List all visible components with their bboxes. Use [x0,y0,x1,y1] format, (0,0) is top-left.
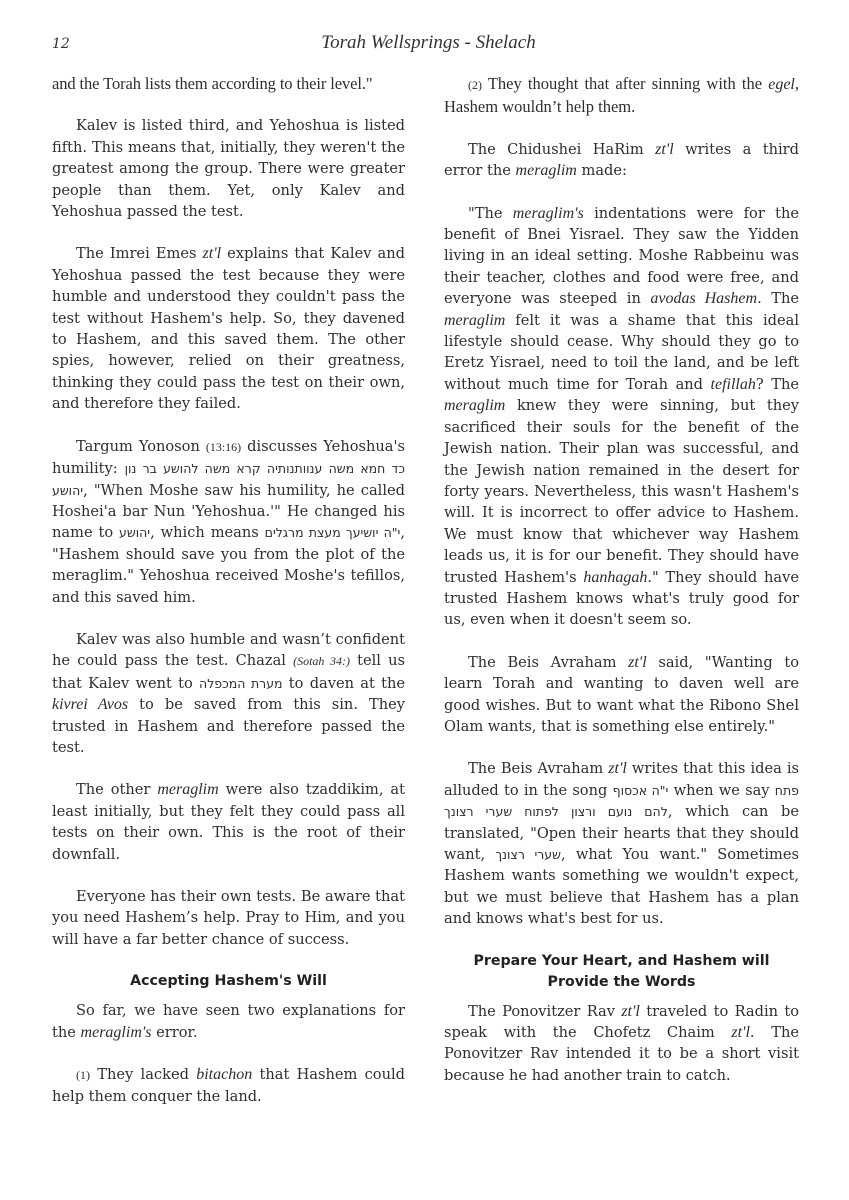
hebrew-text: י"ה אכסוף [613,783,669,798]
text: Targum Yonoson [76,438,206,455]
italic-text: meraglim [444,312,505,329]
italic-text: meraglim [516,162,577,179]
paragraph: "The meraglim's indentations were for th… [444,203,799,631]
paragraph: Targum Yonoson (13:16) discusses Yehoshu… [52,436,405,608]
section-heading: Prepare Your Heart, and Hashem will Prov… [444,951,799,993]
text: The Imrei Emes [76,245,203,262]
paragraph: The Imrei Emes zt'l explains that Kalev … [52,243,405,414]
italic-text: zt'l [655,141,674,158]
paragraph: The Chidushei HaRim zt'l writes a third … [444,139,799,182]
text: knew they were sinning, but they sacrifi… [444,397,799,585]
italic-text: zt'l [731,1024,750,1041]
italic-text: meraglim's [81,1024,152,1041]
section-heading: Accepting Hashem's Will [52,971,405,992]
text: to daven at the [283,675,405,692]
italic-text: zt'l [621,1003,640,1020]
italic-text: zt'l [628,654,647,671]
italic-text: zt'l [203,245,222,262]
right-column: (2) They thought that after sinning with… [444,73,799,1107]
text: , which means [150,524,265,541]
italic-text: meraglim [444,397,505,414]
text: . The [757,290,799,307]
document-page: 12 Torah Wellsprings - Shelach and the T… [0,0,849,1200]
paragraph: The Beis Avraham zt'l said, "Wanting to … [444,652,799,738]
text: The Beis Avraham [468,760,608,777]
text: They thought that after sinning with the [482,74,768,93]
left-column: and the Torah lists them according to th… [52,73,405,1129]
paragraph: and the Torah lists them according to th… [52,73,405,94]
italic-text: bitachon [196,1066,252,1083]
paragraph: The Beis Avraham zt'l writes that this i… [444,758,799,929]
italic-text: zt'l [608,760,627,777]
citation: (Sotah 34:) [293,654,350,668]
italic-text: avodas Hashem [650,290,757,307]
text: They lacked [90,1066,196,1083]
text: The Chidushei HaRim [468,141,655,158]
list-number: (2) [468,78,482,92]
text: explains that Kalev and Yehoshua passed … [52,245,405,412]
italic-text: meraglim [157,781,218,798]
paragraph: (1) They lacked bitachon that Hashem cou… [52,1064,405,1108]
text: The Ponovitzer Rav [468,1003,621,1020]
italic-text: meraglim's [513,205,584,222]
hebrew-text: י"ה יושיעך מעצת מרגלים [265,525,401,540]
italic-text: tefillah [711,376,756,393]
hebrew-text: מערת המכפלה [199,676,283,691]
text: ? The [756,376,799,393]
paragraph: Kalev is listed third, and Yehoshua is l… [52,115,405,222]
page-header: 12 Torah Wellsprings - Shelach [52,30,805,60]
paragraph: (2) They thought that after sinning with… [444,73,799,118]
paragraph: The Ponovitzer Rav zt'l traveled to Radi… [444,1001,799,1087]
paragraph: Kalev was also humble and wasn’t confide… [52,629,405,758]
text: The other [76,781,157,798]
hebrew-text: יהושע [119,525,150,540]
paragraph: The other meraglim were also tzaddikim, … [52,779,405,865]
italic-text: egel [768,76,795,93]
hebrew-text: שערי רצונך [495,847,561,862]
paragraph: Everyone has their own tests. Be aware t… [52,886,405,950]
text: error. [152,1024,198,1041]
text: "The [468,205,513,222]
citation: (13:16) [206,440,241,454]
text: when we say [668,782,774,799]
running-title: Torah Wellsprings - Shelach [52,32,805,54]
paragraph: So far, we have seen two explanations fo… [52,1000,405,1043]
text: made: [577,162,627,179]
text: The Beis Avraham [468,654,628,671]
italic-text: hanhagah [583,569,647,586]
italic-text: kivrei Avos [52,696,128,713]
list-number: (1) [76,1068,90,1082]
